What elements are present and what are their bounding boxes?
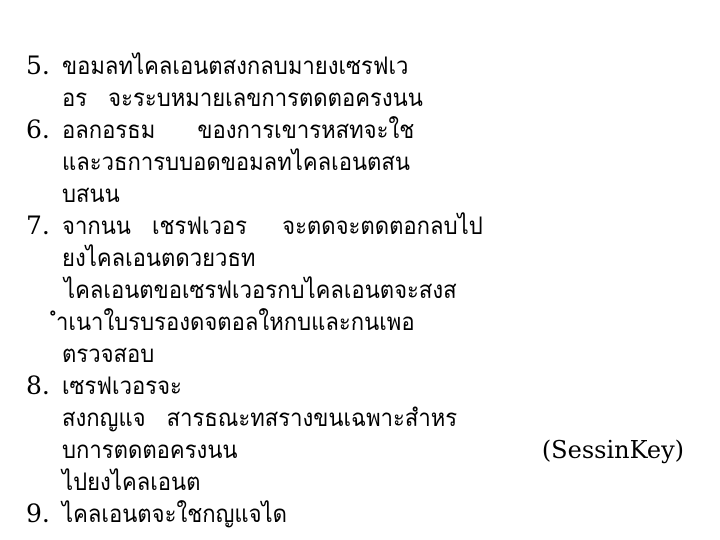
item-text-line: อลกอรธม ของการเขารหสทจะใช: [62, 114, 667, 146]
item-text-line: ขอมลทไคลเอนตสงกลบมายงเซรฟเว: [62, 50, 667, 82]
item-text-line: และวธการบบอดขอมลทไคลเอนตสน: [62, 146, 667, 178]
item-text-line: เซรฟเวอรจะ: [62, 370, 667, 402]
item-text-line: ำเนาใบรบรองดจตอลใหกบและกนเพอ: [56, 306, 667, 338]
item-text-line: สงกญแจ สารธณะทสรางขนเฉพาะสำหร: [62, 402, 667, 434]
list-item-8: 8. เซรฟเวอรจะ สงกญแจ สารธณะทสรางขนเฉพาะส…: [0, 370, 720, 498]
item-text-line: อร จะระบหมายเลขการตดตอครงนน: [62, 82, 667, 114]
item-number: 8.: [26, 370, 50, 402]
list-item-6: 6. อลกอรธม ของการเขารหสทจะใช และวธการบบอ…: [0, 114, 720, 210]
item-text-line: บสนน: [62, 178, 667, 210]
item-text-line: ไปยงไคลเอนต: [62, 466, 667, 498]
item-number: 7.: [26, 210, 50, 242]
list-item-7: 7. จากนน เชรฟเวอร จะตดจะตดตอกลบไป ยงไคลเ…: [0, 210, 720, 370]
list-item-5: 5. ขอมลทไคลเอนตสงกลบมายงเซรฟเว อร จะระบห…: [0, 50, 720, 114]
list-item-9: 9. ไคลเอนตจะใชกญแจได: [0, 498, 720, 530]
item-number: 5.: [26, 50, 50, 82]
item-number: 6.: [26, 114, 50, 146]
item-number: 9.: [26, 498, 50, 530]
session-key-note: (SessinKey): [542, 434, 684, 466]
item-text-line: ยงไคลเอนตดวยวธท: [62, 242, 667, 274]
item-text-line: ไคลเอนตขอเซรฟเวอรกบไคลเอนตจะสงส: [64, 274, 668, 306]
document-page: 5. ขอมลทไคลเอนตสงกลบมายงเซรฟเว อร จะระบห…: [0, 0, 720, 540]
item-text-row: บการตดตอครงนน (SessinKey): [0, 434, 720, 466]
item-text-line: จากนน เชรฟเวอร จะตดจะตดตอกลบไป: [62, 210, 667, 242]
item-text-line: ตรวจสอบ: [62, 338, 667, 370]
numbered-list: 5. ขอมลทไคลเอนตสงกลบมายงเซรฟเว อร จะระบห…: [0, 50, 720, 530]
item-text-line: ไคลเอนตจะใชกญแจได: [62, 498, 667, 530]
